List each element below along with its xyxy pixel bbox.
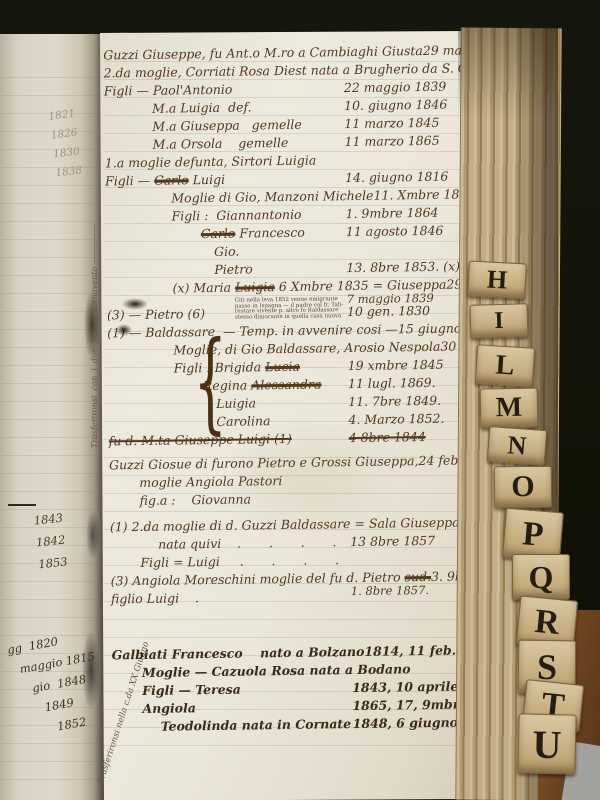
strike-text: Lucia: [265, 358, 300, 376]
index-tab-letter: Q: [529, 558, 554, 595]
entry-date: 19 xmbre 1845: [348, 356, 460, 376]
entry-text: figlio Luigi .: [111, 589, 199, 608]
ink-years-bottom-list: gg 1820maggio 1815gio 184818491852: [6, 625, 108, 743]
entry-text: Angiola: [142, 699, 196, 718]
index-tab-letter: O: [511, 470, 535, 504]
entry-date: 11 lugl. 1869.: [348, 374, 460, 394]
entry-text: Figli —: [105, 172, 154, 191]
entry-text: M.a Luigia def.: [152, 98, 252, 117]
index-tab-letter: N: [507, 430, 528, 461]
entry-date: 22 maggio 1839: [344, 78, 456, 98]
register-row: fu d. M.ta Giuseppe Luigi (1)4 8bre 1844: [109, 428, 461, 451]
entry-date: 1. 9mbre 1864: [345, 204, 457, 224]
index-tab-o: O: [494, 466, 552, 509]
register-row: figlio Luigi .: [111, 586, 463, 609]
entry-date: 1865, 17, 9mbre: [352, 696, 464, 716]
index-tab-l: L: [475, 344, 535, 388]
register-block: Guzzi Giosue di furono Pietro e Grossi G…: [109, 452, 462, 511]
entry-text: Francesco: [235, 224, 305, 243]
index-tab-n: N: [487, 426, 547, 466]
entry-text: Pietro: [214, 260, 253, 279]
entry-date: 4 8bre 1844: [349, 428, 461, 448]
entry-date: 11. 7bre 1849.: [348, 392, 460, 412]
entry-date: 11 marzo 1865: [344, 132, 456, 152]
ink-year: 1853: [37, 550, 68, 575]
entry-text: (3) — Pietro (6): [107, 305, 205, 324]
entry-text: M.a Giuseppa gemelle: [152, 116, 302, 136]
register-entries: Guzzi Giuseppe, fu Ant.o M.ro a Cambiagh…: [103, 42, 465, 737]
index-tab-letter: I: [494, 307, 504, 334]
ink-year: 1843: [33, 507, 64, 532]
entry-date: 11 marzo 1845: [344, 114, 456, 134]
interlinear-note: Citi nella leva 1852 venne emigrantepass…: [235, 296, 405, 320]
index-tab-letter: U: [532, 720, 562, 768]
strike-text: Carlo: [154, 171, 189, 189]
entry-date: 13 8bre 1857: [350, 532, 462, 552]
entry-text: Teodolinda nata in Cornate: [161, 715, 352, 736]
register-block: Galbiati Francesco nato a Bolzano1814, 1…: [112, 642, 465, 737]
entry-date: 1843, 10 aprile: [352, 678, 464, 698]
strike-text: Carlo: [201, 225, 236, 243]
entry-date: 4. Marzo 1852.: [348, 410, 460, 430]
index-tab-letter: H: [486, 264, 508, 295]
index-tab-q: Q: [512, 554, 570, 600]
entry-text: moglie Angiola Pastori: [139, 472, 282, 492]
ink-blot: [122, 298, 148, 310]
book-photo: { "marks": { "brace": "{" }, "left_page"…: [0, 0, 600, 800]
brace-mark: {: [194, 325, 227, 440]
entry-text: Figli — Teresa: [142, 681, 241, 700]
index-tab-i: I: [470, 303, 529, 339]
strike-text: Luigia: [235, 278, 275, 297]
entry-text: Luigi: [189, 171, 226, 190]
index-tab-m: M: [480, 387, 539, 428]
entry-text: Figli — Paol'Antonio: [104, 81, 233, 101]
index-tab-letter: L: [495, 349, 516, 382]
entry-date: 14. giugno 1816: [345, 168, 457, 188]
entry-date: 11 agosto 1846: [346, 222, 458, 242]
entry-text: fig.a : Giovanna: [139, 490, 251, 510]
entry-text: M.a Orsola gemelle: [152, 134, 288, 154]
vertical-margin-note-upper: Trasferironsi con i due figli a Tornaven…: [90, 138, 99, 448]
index-tab-h: H: [467, 261, 527, 300]
register-block: (3) — Pietro (6)10 gen. 1830Citi nella l…: [107, 302, 461, 451]
pencil-year: 1838: [54, 161, 83, 183]
entry-text: Gio.: [214, 243, 240, 261]
entry-text: Figli : Giannantonio: [171, 206, 301, 226]
register-row: fig.a : Giovanna: [109, 488, 461, 511]
entry-date: 13. 8bre 1853. (x): [346, 258, 458, 278]
ink-year: 1842: [35, 529, 66, 554]
entry-text: (x) Maria: [172, 279, 235, 298]
register-block: Guzzi Giuseppe, fu Ant.o M.ro a Cambiagh…: [103, 42, 458, 299]
entry-date: 1848, 6 giugno: [353, 714, 465, 734]
register-block: (1) 2.da moglie di d. Guzzi Baldassare =…: [110, 514, 463, 609]
strike-text: Alessandra: [251, 375, 321, 394]
margin-dash-mark: [8, 504, 36, 506]
index-tab-letter: R: [533, 603, 561, 643]
index-tab-letter: M: [495, 392, 522, 425]
entry-date: 10. giugno 1846: [344, 96, 456, 116]
ink-blot: [116, 324, 132, 336]
register-row: (x) Maria Luigia 6 Xmbre 1835 = Giuseppa…: [106, 276, 458, 299]
index-tab-u: U: [517, 713, 576, 774]
index-tab-letter: P: [521, 515, 545, 555]
